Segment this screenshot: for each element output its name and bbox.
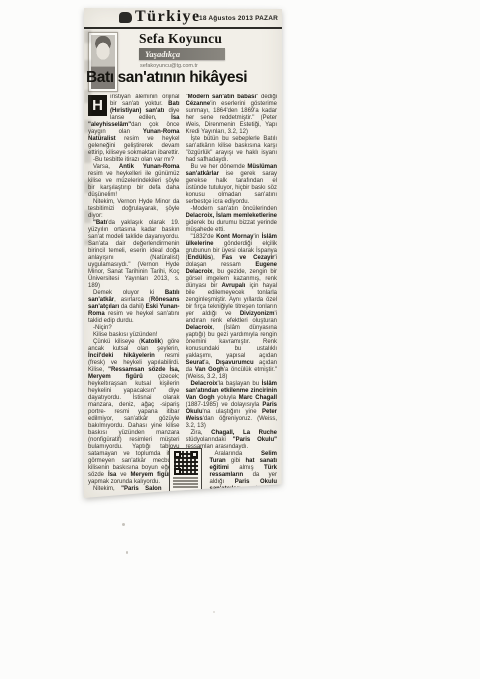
article-paragraph: Varsa, Antik Yunan-Roma resim ve heykell… [88, 164, 180, 199]
scan-speck [213, 611, 215, 613]
column-title-label: Yaşadıkça [139, 48, 225, 59]
article-column-2: "Modern san'atın babası" dediği Cézanne'… [186, 94, 278, 492]
article-paragraph: "Modern san'atın babası" dediği Cézanne'… [186, 94, 278, 136]
article-column-1: H ıristiyan âleminin orijinal bir san'at… [88, 94, 180, 492]
article-paragraph: Demek oluyor ki Batılı san'atkâr, asırla… [88, 290, 180, 325]
newspaper-clipping: Türkiye 18 Ağustos 2013 PAZAR Sefa Koyun… [84, 8, 282, 498]
qr-code-icon [174, 451, 198, 475]
article-paragraph: Bu ve her dönemde Müslüman san'atkârlar … [186, 164, 278, 206]
clipping-shadow-wrap: Türkiye 18 Ağustos 2013 PAZAR Sefa Koyun… [84, 8, 282, 498]
qr-finder-icon [174, 468, 181, 475]
article-paragraph: Çünkü kiliseye (Katolik) göre ancak kuts… [88, 339, 180, 486]
article-paragraph: İşte bütün bu sebeplerle Batılı san'atkâ… [186, 136, 278, 164]
article-paragraph: "Batı'da yaklaşık olarak 19. yüzyılın or… [88, 220, 180, 290]
scan-speck [122, 523, 125, 526]
article-paragraph: Delacroix'la başlayan bu İslâm san'atınd… [186, 381, 278, 430]
headline: Batı san'atının hikâyesi [86, 69, 247, 87]
scanned-page: Türkiye 18 Ağustos 2013 PAZAR Sefa Koyun… [0, 0, 480, 679]
masthead-rule [84, 27, 282, 29]
turkiye-logo-emblem-icon [119, 12, 132, 23]
article-paragraph: Nitekim, "Paris Salon jürisi, Picasso'nu… [88, 486, 162, 492]
article-paragraph: "1832'de Kont Mornay'in İslâm ülkelerine… [186, 234, 278, 381]
article-paragraph: -Bu tesbitte itirazı olan var mı? [88, 157, 180, 164]
scan-speck [126, 551, 128, 554]
qr-code-box [169, 448, 202, 496]
article-paragraph: Aralarında Selim Turan gibi hat sanatı e… [210, 451, 278, 492]
article-paragraph: -Niçin? [88, 325, 180, 332]
qr-finder-icon [174, 451, 181, 458]
scan-bleedthrough-artifact [84, 30, 91, 245]
masthead: Türkiye 18 Ağustos 2013 PAZAR [84, 8, 282, 27]
author-name: Sefa Koyuncu [139, 31, 222, 47]
newspaper-logotype: Türkiye [135, 8, 201, 26]
article-paragraph: Kilise baskısı yüzünden! [88, 332, 180, 339]
article-paragraph: -Modern san'atın öncülerinden Delacroix,… [186, 206, 278, 234]
article-body: H ıristiyan âleminin orijinal bir san'at… [88, 94, 277, 492]
qr-finder-icon [191, 451, 198, 458]
article-paragraph: Nitekim, Vernon Hyde Minor da tesbitimiz… [88, 199, 180, 220]
issue-date: 18 Ağustos 2013 PAZAR [199, 15, 278, 22]
qr-caption-lines [170, 477, 201, 488]
column-title-badge: Yaşadıkça [139, 48, 225, 60]
